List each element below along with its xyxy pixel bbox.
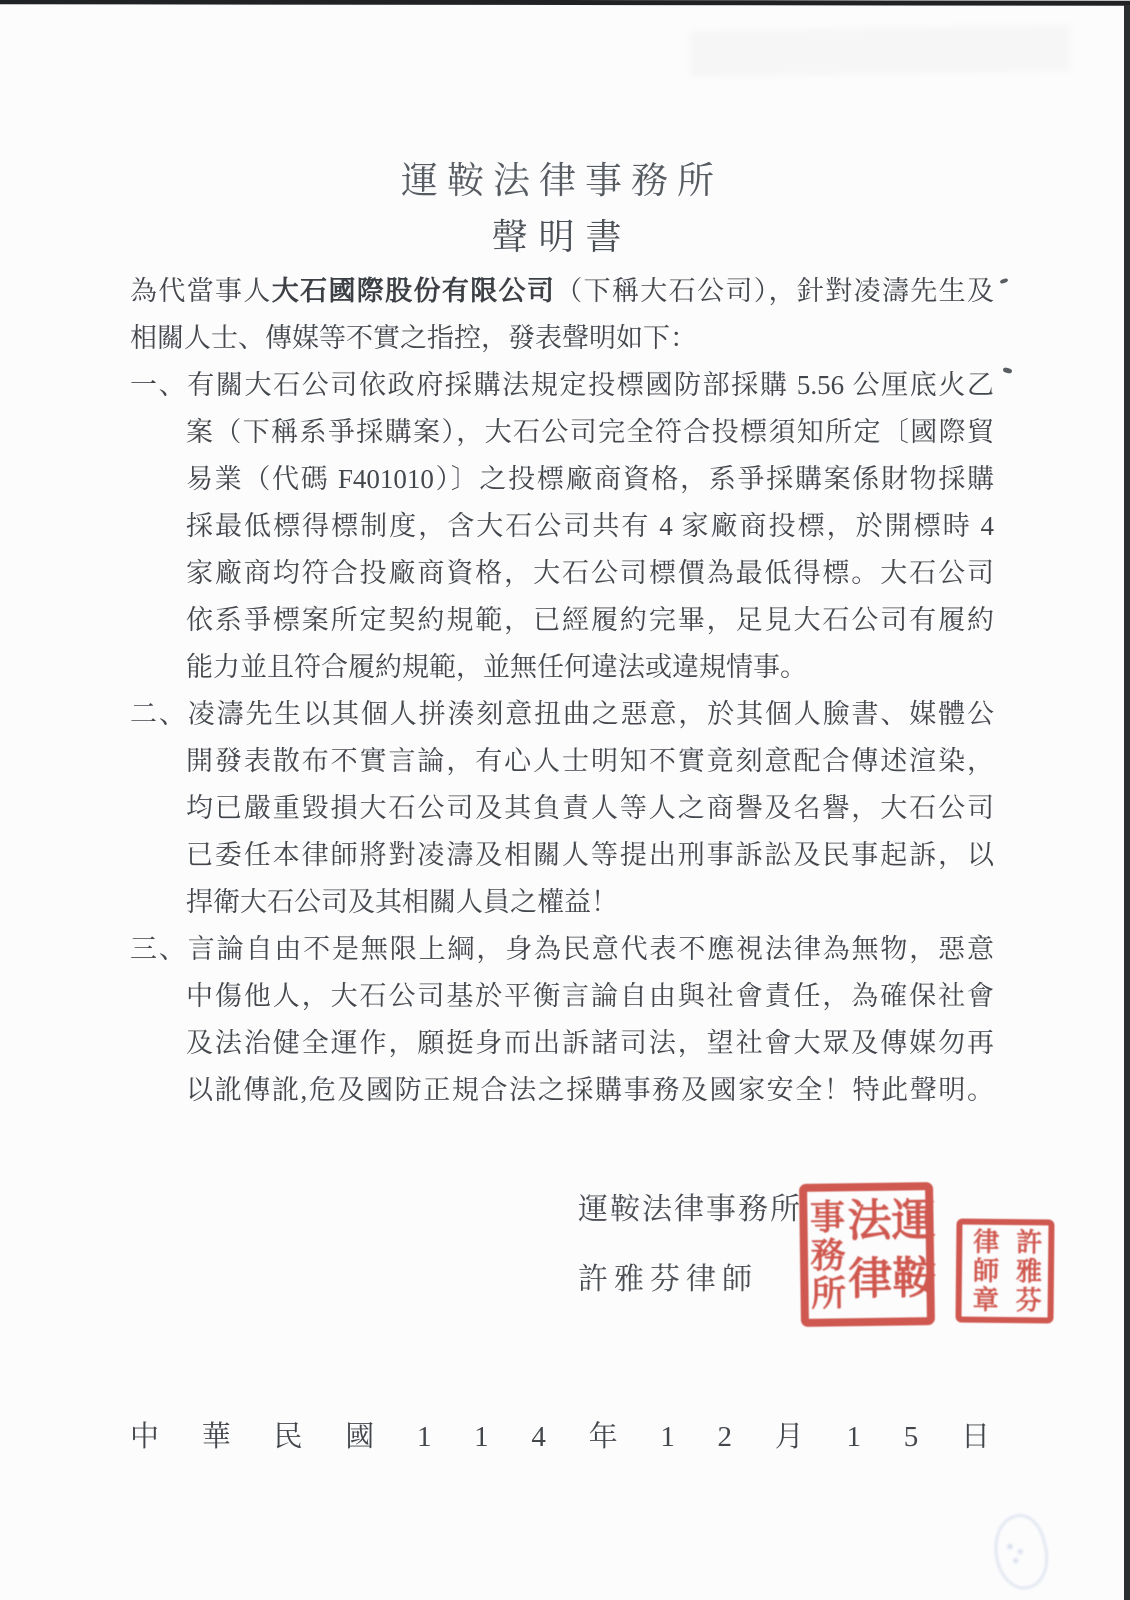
intro-line-1: 為代當事人大石國際股份有限公司（下稱大石公司），針對凌濤先生及 [130,268,994,315]
item-text: 凌濤先生以其個人拼湊刻意扭曲之惡意，於其個人臉書、媒體公 [188,699,994,729]
item-marker: 二、 [130,699,188,729]
item-line: 以訛傳訛,危及國防正規合法之採購事務及國家安全！特此聲明。 [186,1067,994,1114]
date-char: 日 [961,1418,990,1456]
date-char: 中 [130,1418,159,1456]
item-line: 二、凌濤先生以其個人拼湊刻意扭曲之惡意，於其個人臉書、媒體公 [186,691,994,738]
lawyer-seal-stamp: 許雅芬 律師章 [955,1218,1054,1323]
client-company-name: 大石國際股份有限公司 [272,276,556,306]
item-line: 能力並且符合履約規範，並無任何違法或違規情事。 [186,644,994,691]
date-char: 年 [589,1418,618,1456]
item-line: 開發表散布不實言論，有心人士明知不實竟刻意配合傳述渲染， [186,738,994,785]
date-char: 4 [531,1418,546,1456]
date-char: 1 [660,1418,675,1456]
lawyer-seal-column: 許雅芬 [1013,1228,1040,1315]
document-body: 為代當事人大石國際股份有限公司（下稱大石公司），針對凌濤先生及 相關人士、傳媒等… [130,268,994,1114]
item-line: 三、言論自由不是無限上綱，身為民意代表不應視法律為無物，惡意 [186,926,994,973]
date-char: 國 [345,1418,374,1456]
document-content: 運鞍法律事務所 聲明書 為代當事人大石國際股份有限公司（下稱大石公司），針對凌濤… [0,0,1130,1114]
item-line: 採最低標得標制度，含大石公司共有 4 家廠商投標，於開標時 4 [186,503,994,550]
signature-firm-name: 運鞍法律事務所 [578,1184,802,1228]
item-text: 言論自由不是無限上綱，身為民意代表不應視法律為無物，惡意 [188,934,994,964]
intro-prefix: 為代當事人 [130,276,272,306]
scanned-document-page: 運鞍法律事務所 聲明書 為代當事人大石國際股份有限公司（下稱大石公司），針對凌濤… [0,0,1130,1600]
law-firm-title: 運鞍法律事務所 [130,158,994,206]
item-marker: 三、 [130,934,188,964]
intro-line-2: 相關人士、傳媒等不實之指控，發表聲明如下： [130,315,994,362]
item-line: 中傷他人，大石公司基於平衡言論自由與社會責任，為確保社會 [186,973,994,1020]
firm-seal-column: 運鞍 [886,1196,932,1313]
date-char: 1 [417,1418,432,1456]
statement-item-1: 一、有關大石公司依政府採購法規定投標國防部採購 5.56 公厘底火乙 案（下稱系… [130,362,994,691]
date-char: 華 [202,1418,231,1456]
firm-seal-stamp: 運鞍 法律 事務所 [799,1182,935,1327]
item-text: 有關大石公司依政府採購法規定投標國防部採購 5.56 公厘底火乙 [187,370,994,400]
item-line: 已委任本律師將對凌濤及相關人等提出刑事訴訟及民事起訴，以 [186,832,994,879]
scan-artifact-ink-smudge [987,1510,1055,1594]
item-marker: 一、 [130,370,187,400]
firm-seal-column: 法律 [842,1196,888,1313]
item-line: 易業（代碼 F401010）〕之投標廠商資格，系爭採購案係財物採購 [186,456,994,503]
intro-suffix: （下稱大石公司），針對凌濤先生及 [555,276,994,306]
date-char: 民 [273,1418,302,1456]
item-line: 依系爭標案所定契約規範，已經履約完畢，足見大石公司有履約 [186,597,994,644]
item-line: 均已嚴重毀損大石公司及其負責人等人之商譽及名譽，大石公司 [186,785,994,832]
item-line: 捍衛大石公司及其相關人員之權益！ [186,879,994,926]
statement-item-2: 二、凌濤先生以其個人拼湊刻意扭曲之惡意，於其個人臉書、媒體公 開發表散布不實言論… [130,691,994,926]
date-char: 2 [718,1418,733,1456]
date-char: 1 [847,1418,862,1456]
date-char: 5 [904,1418,919,1456]
item-line: 一、有關大石公司依政府採購法規定投標國防部採購 5.56 公厘底火乙 [186,362,994,409]
firm-seal-column: 事務所 [807,1198,844,1312]
item-line: 家廠商均符合投廠商資格，大石公司標價為最低得標。大石公司 [186,550,994,597]
statement-item-3: 三、言論自由不是無限上綱，身為民意代表不應視法律為無物，惡意 中傷他人，大石公司… [130,926,994,1114]
signature-lawyer-name: 許雅芬律師 [578,1254,758,1298]
date-line: 中 華 民 國 1 1 4 年 1 2 月 1 5 日 [130,1418,990,1456]
date-char: 1 [474,1418,489,1456]
lawyer-seal-column: 律師章 [970,1227,997,1314]
document-title: 聲明書 [130,214,994,260]
date-char: 月 [775,1418,804,1456]
item-line: 及法治健全運作，願挺身而出訴諸司法，望社會大眾及傳媒勿再 [186,1020,994,1067]
item-line: 案（下稱系爭採購案），大石公司完全符合投標須知所定〔國際貿 [186,409,994,456]
